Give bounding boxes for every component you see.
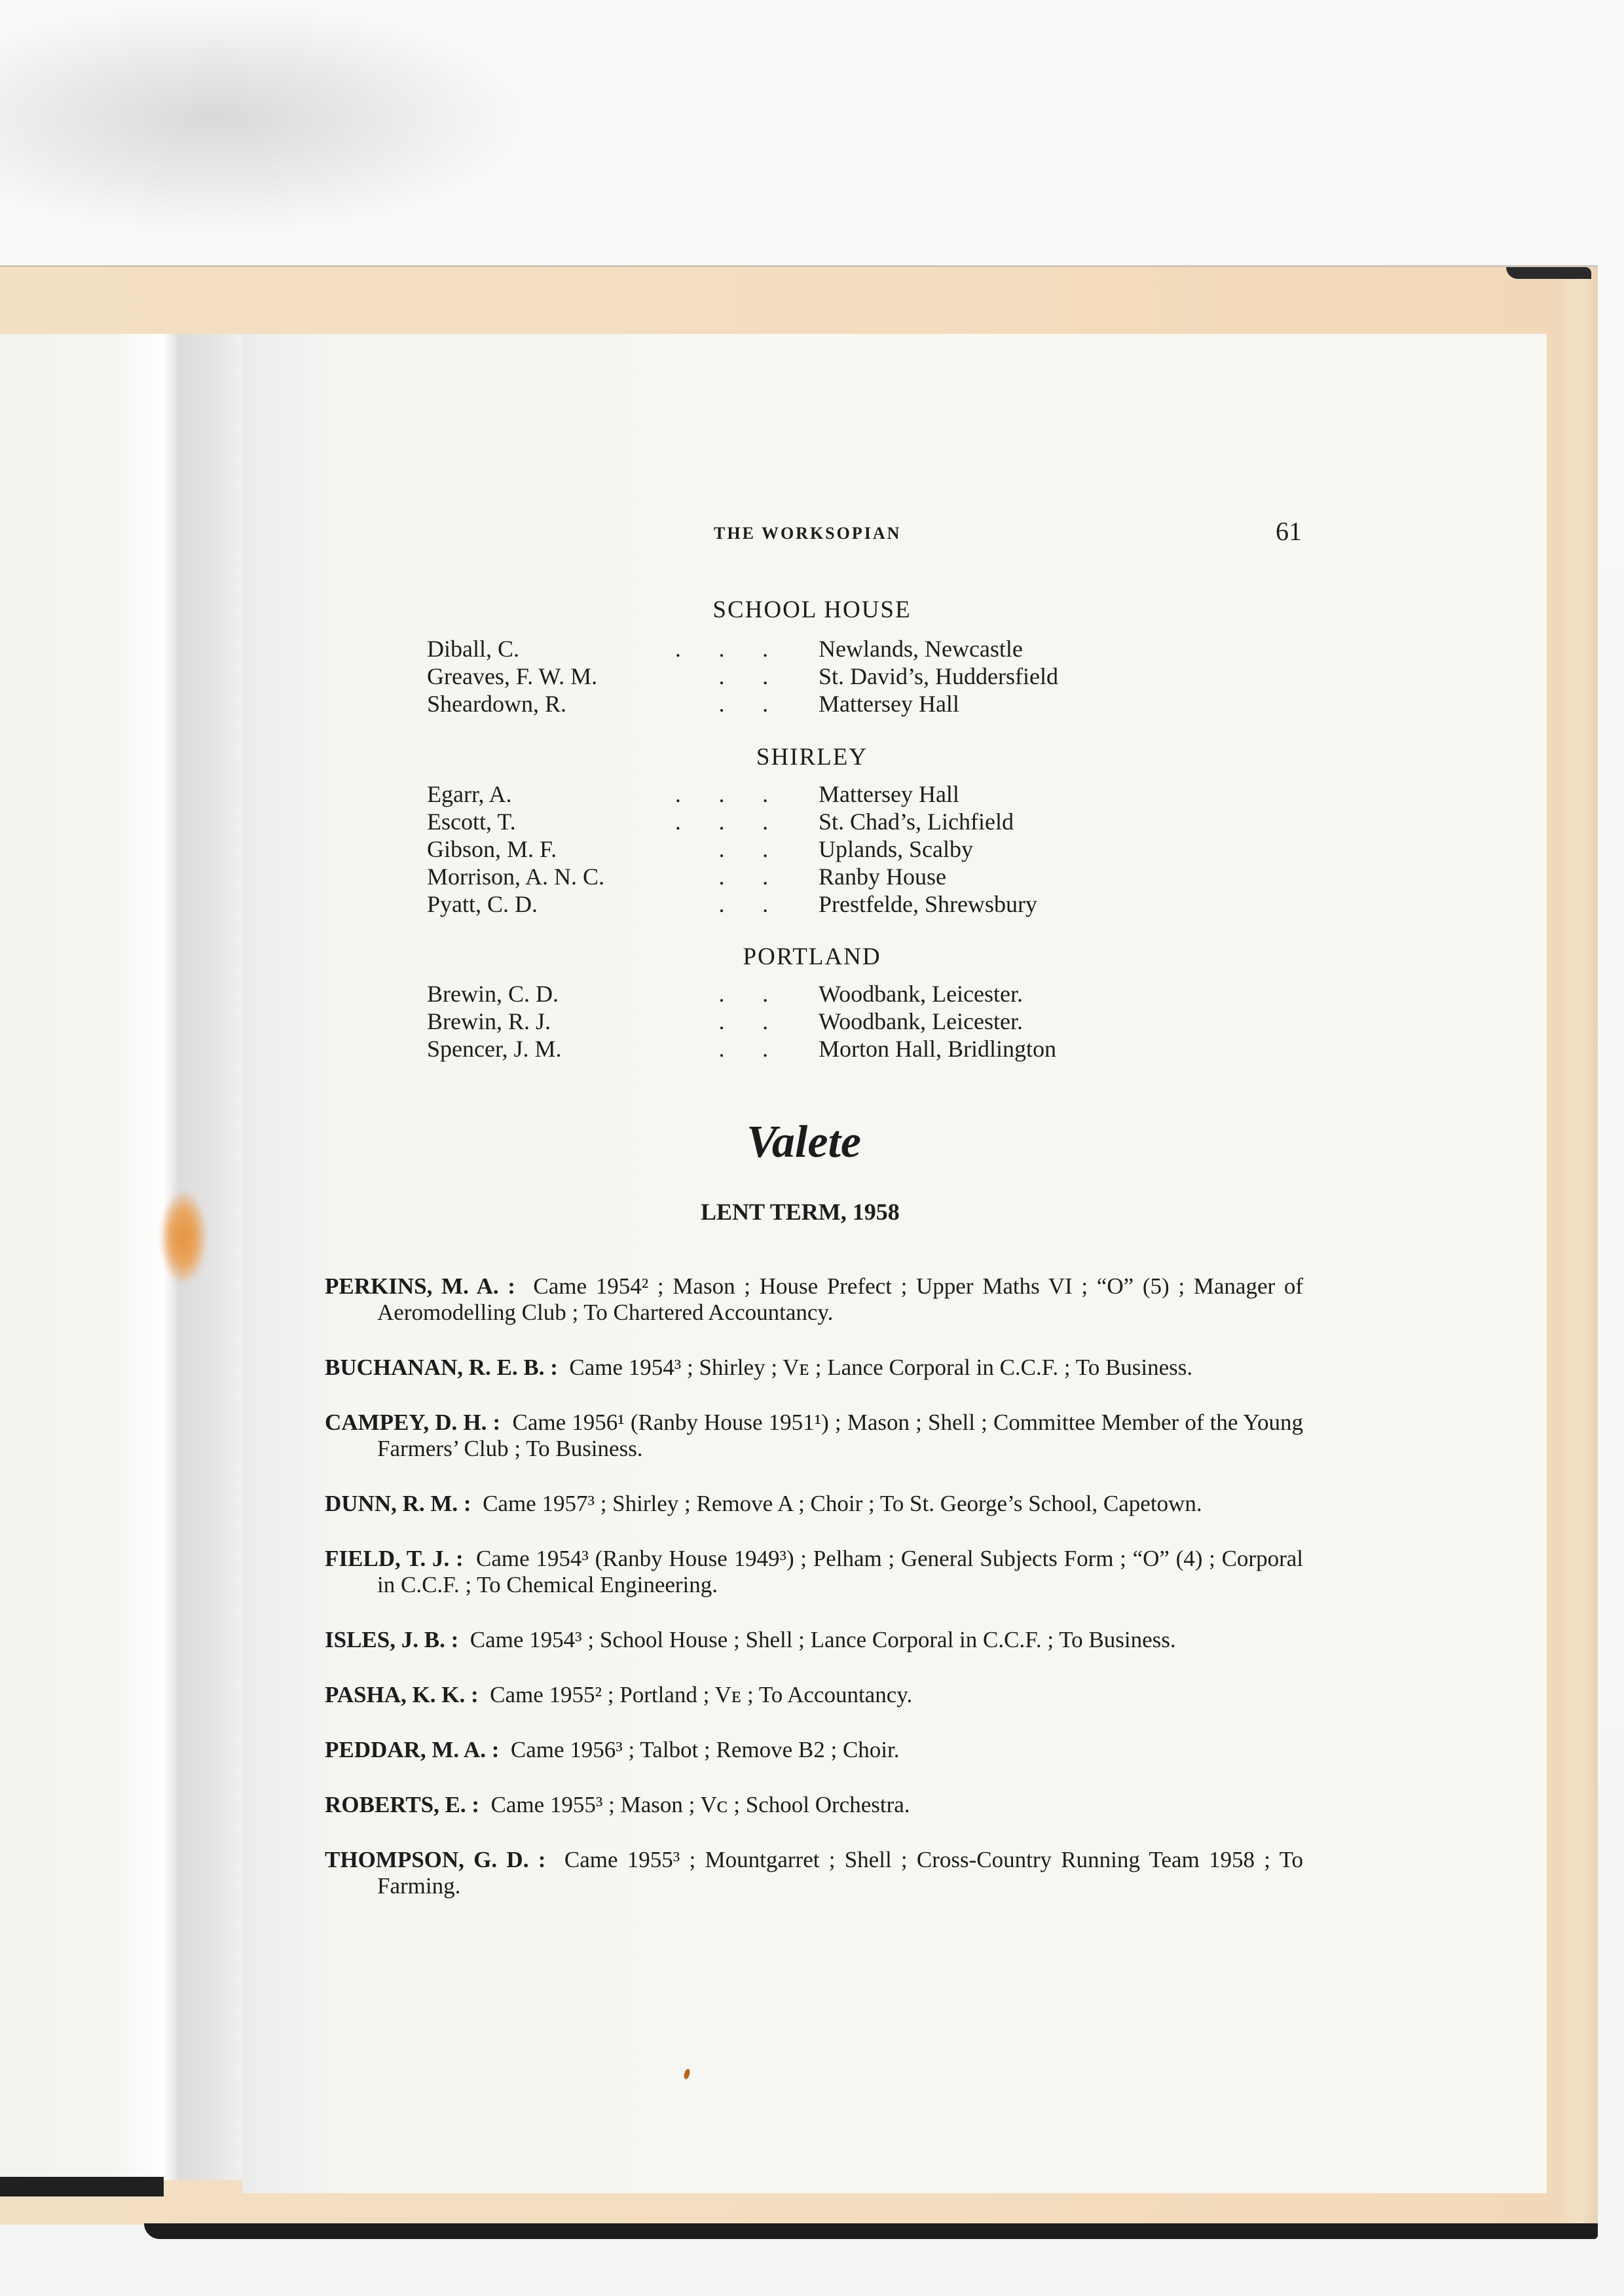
leaver-name: PERKINS, M. A. : <box>325 1273 515 1299</box>
leaver-details: Came 1957³ ; Shirley ; Remove A ; Choir … <box>483 1491 1202 1516</box>
leaver-name: PASHA, K. K. : <box>325 1682 479 1707</box>
cover-wear <box>1506 267 1591 279</box>
leader-dots: .. <box>656 663 787 690</box>
page-number: 61 <box>1276 516 1302 547</box>
prep-school: St. David’s, Huddersfield <box>819 663 1058 690</box>
list-item: Morrison, A. N. C. .. Ranby House <box>427 863 1037 890</box>
leader-dots: .. <box>656 690 787 718</box>
house-list-portland: Brewin, C. D. .. Woodbank, Leicester. Br… <box>427 980 1056 1063</box>
leaver-details: Came 1956³ ; Talbot ; Remove B2 ; Choir. <box>511 1737 900 1762</box>
list-item: Gibson, M. F. .. Uplands, Scalby <box>427 835 1037 863</box>
list-item: Brewin, R. J. .. Woodbank, Leicester. <box>427 1008 1056 1035</box>
prep-school: Woodbank, Leicester. <box>819 980 1023 1008</box>
left-page-shadow <box>0 2177 164 2196</box>
leaver-name: BUCHANAN, R. E. B. : <box>325 1355 558 1380</box>
leaver-details: Came 1956¹ (Ranby House 1951¹) ; Mason ;… <box>377 1410 1303 1461</box>
list-item: Escott, T. ... St. Chad’s, Lichfield <box>427 808 1037 835</box>
running-title: THE WORKSOPIAN <box>714 524 901 543</box>
prep-school: Prestfelde, Shrewsbury <box>819 890 1037 918</box>
leader-dots: .. <box>656 835 787 863</box>
list-item: Egarr, A. ... Mattersey Hall <box>427 780 1037 808</box>
prep-school: Mattersey Hall <box>819 780 959 808</box>
valete-entry: THOMPSON, G. D. : Came 1955³ ; Mountgarr… <box>325 1847 1303 1899</box>
prep-school: Ranby House <box>819 863 946 890</box>
valete-entries: PERKINS, M. A. : Came 1954² ; Mason ; Ho… <box>325 1250 1303 1928</box>
boy-name: Diball, C. <box>427 635 656 663</box>
prep-school: Woodbank, Leicester. <box>819 1008 1023 1035</box>
leaver-details: Came 1955³ ; Mason ; Vᴄ ; School Orchest… <box>491 1792 910 1817</box>
valete-entry: CAMPEY, D. H. : Came 1956¹ (Ranby House … <box>325 1410 1303 1462</box>
leaver-name: DUNN, R. M. : <box>325 1491 471 1516</box>
leader-dots: ... <box>656 808 787 835</box>
valete-entry: PEDDAR, M. A. : Came 1956³ ; Talbot ; Re… <box>325 1737 1303 1763</box>
valete-entry: ISLES, J. B. : Came 1954³ ; School House… <box>325 1627 1303 1653</box>
leader-dots: .. <box>656 890 787 918</box>
prep-school: Uplands, Scalby <box>819 835 973 863</box>
leaver-name: PEDDAR, M. A. : <box>325 1737 499 1762</box>
leaver-name: ISLES, J. B. : <box>325 1627 458 1652</box>
boy-name: Gibson, M. F. <box>427 835 656 863</box>
boy-name: Escott, T. <box>427 808 656 835</box>
leader-dots: .. <box>656 1035 787 1063</box>
list-item: Diball, C. ... Newlands, Newcastle <box>427 635 1058 663</box>
valete-entry: BUCHANAN, R. E. B. : Came 1954³ ; Shirle… <box>325 1355 1303 1381</box>
valete-entry: PASHA, K. K. : Came 1955² ; Portland ; V… <box>325 1682 1303 1708</box>
valete-entry: ROBERTS, E. : Came 1955³ ; Mason ; Vᴄ ; … <box>325 1792 1303 1818</box>
valete-entry: DUNN, R. M. : Came 1957³ ; Shirley ; Rem… <box>325 1491 1303 1517</box>
leader-dots: .. <box>656 980 787 1008</box>
cover-edge <box>1552 267 1598 2225</box>
leaver-name: CAMPEY, D. H. : <box>325 1410 500 1435</box>
leaver-details: Came 1954³ ; Shirley ; Vᴇ ; Lance Corpor… <box>569 1355 1192 1380</box>
prep-school: Morton Hall, Bridlington <box>819 1035 1056 1063</box>
boy-name: Brewin, R. J. <box>427 1008 656 1035</box>
house-list-shirley: Egarr, A. ... Mattersey Hall Escott, T. … <box>427 780 1037 918</box>
leader-dots: ... <box>656 635 787 663</box>
leader-dots: ... <box>656 780 787 808</box>
prep-school: Mattersey Hall <box>819 690 959 718</box>
leaver-details: Came 1954³ (Ranby House 1949³) ; Pelham … <box>377 1546 1303 1597</box>
term-heading: LENT TERM, 1958 <box>701 1198 900 1226</box>
house-list-school-house: Diball, C. ... Newlands, Newcastle Greav… <box>427 635 1058 718</box>
boy-name: Greaves, F. W. M. <box>427 663 656 690</box>
list-item: Sheardown, R. .. Mattersey Hall <box>427 690 1058 718</box>
list-item: Greaves, F. W. M. .. St. David’s, Hudder… <box>427 663 1058 690</box>
boy-name: Egarr, A. <box>427 780 656 808</box>
boy-name: Sheardown, R. <box>427 690 656 718</box>
leaver-details: Came 1955² ; Portland ; Vᴇ ; To Accounta… <box>490 1682 912 1707</box>
prep-school: Newlands, Newcastle <box>819 635 1023 663</box>
leaver-details: Came 1954³ ; School House ; Shell ; Lanc… <box>470 1627 1176 1652</box>
list-item: Brewin, C. D. .. Woodbank, Leicester. <box>427 980 1056 1008</box>
left-page-edge <box>0 334 164 2177</box>
leaver-details: Came 1954² ; Mason ; House Prefect ; Upp… <box>377 1273 1303 1325</box>
house-heading-shirley: SHIRLEY <box>485 743 1139 771</box>
house-heading-school-house: SCHOOL HOUSE <box>485 596 1139 624</box>
list-item: Spencer, J. M. .. Morton Hall, Bridlingt… <box>427 1035 1056 1063</box>
boy-name: Brewin, C. D. <box>427 980 656 1008</box>
leader-dots: .. <box>656 1008 787 1035</box>
foxing-stain <box>160 1192 206 1283</box>
valete-entry: PERKINS, M. A. : Came 1954² ; Mason ; Ho… <box>325 1273 1303 1326</box>
leader-dots: .. <box>656 863 787 890</box>
boy-name: Morrison, A. N. C. <box>427 863 656 890</box>
valete-entry: FIELD, T. J. : Came 1954³ (Ranby House 1… <box>325 1546 1303 1598</box>
cover-shadow <box>144 2223 1598 2239</box>
house-heading-portland: PORTLAND <box>485 943 1139 971</box>
leaver-name: ROBERTS, E. : <box>325 1792 479 1817</box>
valete-heading: Valete <box>747 1116 861 1169</box>
prep-school: St. Chad’s, Lichfield <box>819 808 1014 835</box>
leaver-name: FIELD, T. J. : <box>325 1546 464 1571</box>
boy-name: Pyatt, C. D. <box>427 890 656 918</box>
leaver-name: THOMPSON, G. D. : <box>325 1847 545 1872</box>
boy-name: Spencer, J. M. <box>427 1035 656 1063</box>
list-item: Pyatt, C. D. .. Prestfelde, Shrewsbury <box>427 890 1037 918</box>
